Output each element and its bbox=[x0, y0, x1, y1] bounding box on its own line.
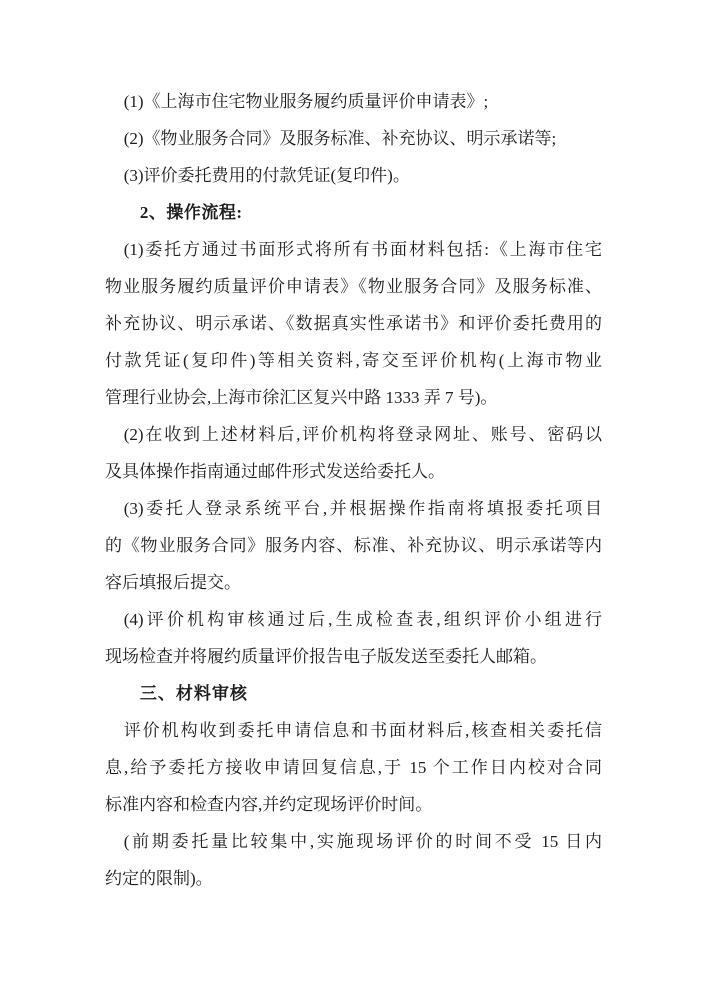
text-line: (前期委托量比较集中,实施现场评价的时间不受 15 日内 bbox=[105, 823, 602, 860]
text-line: 现场检查并将履约质量评价报告电子版发送至委托人邮箱。 bbox=[105, 638, 602, 675]
text-line: (3)委托人登录系统平台,并根据操作指南将填报委托项目 bbox=[105, 490, 602, 527]
text-line: 息,给予委托方接收申请回复信息,于 15 个工作日内校对合同 bbox=[105, 749, 602, 786]
text-line: 管理行业协会,上海市徐汇区复兴中路 1333 弄 7 号)。 bbox=[105, 379, 602, 416]
text-line: (4)评价机构审核通过后,生成检查表,组织评价小组进行 bbox=[105, 601, 602, 638]
heading-line: 2、操作流程: bbox=[105, 194, 602, 231]
text-line: 补充协议、明示承诺、《数据真实性承诺书》和评价委托费用的 bbox=[105, 305, 602, 342]
paragraph: (2)《物业服务合同》及服务标准、补充协议、明示承诺等; bbox=[105, 120, 602, 157]
paragraph: (3)评价委托费用的付款凭证(复印件)。 bbox=[105, 157, 602, 194]
text-line: (2)《物业服务合同》及服务标准、补充协议、明示承诺等; bbox=[105, 120, 602, 157]
document-page: (1)《上海市住宅物业服务履约质量评价申请表》;(2)《物业服务合同》及服务标准… bbox=[0, 0, 706, 1000]
paragraph: (前期委托量比较集中,实施现场评价的时间不受 15 日内约定的限制)。 bbox=[105, 823, 602, 897]
heading-line: 三、材料审核 bbox=[105, 675, 602, 712]
text-line: (1)委托方通过书面形式将所有书面材料包括:《上海市住宅 bbox=[105, 231, 602, 268]
text-line: 付款凭证(复印件)等相关资料,寄交至评价机构(上海市物业 bbox=[105, 342, 602, 379]
paragraph: (2)在收到上述材料后,评价机构将登录网址、账号、密码以及具体操作指南通过邮件形… bbox=[105, 416, 602, 490]
section-heading: 三、材料审核 bbox=[105, 675, 602, 712]
paragraph: (3)委托人登录系统平台,并根据操作指南将填报委托项目的《物业服务合同》服务内容… bbox=[105, 490, 602, 601]
paragraph: (1)《上海市住宅物业服务履约质量评价申请表》; bbox=[105, 83, 602, 120]
text-line: 容后填报后提交。 bbox=[105, 564, 602, 601]
text-line: 物业服务履约质量评价申请表》《物业服务合同》及服务标准、 bbox=[105, 268, 602, 305]
text-line: 及具体操作指南通过邮件形式发送给委托人。 bbox=[105, 453, 602, 490]
paragraph: 评价机构收到委托申请信息和书面材料后,核查相关委托信息,给予委托方接收申请回复信… bbox=[105, 712, 602, 823]
text-line: (2)在收到上述材料后,评价机构将登录网址、账号、密码以 bbox=[105, 416, 602, 453]
text-line: (1)《上海市住宅物业服务履约质量评价申请表》; bbox=[105, 83, 602, 120]
sub-heading: 2、操作流程: bbox=[105, 194, 602, 231]
text-line: 的《物业服务合同》服务内容、标准、补充协议、明示承诺等内 bbox=[105, 527, 602, 564]
text-line: (3)评价委托费用的付款凭证(复印件)。 bbox=[105, 157, 602, 194]
paragraph: (1)委托方通过书面形式将所有书面材料包括:《上海市住宅物业服务履约质量评价申请… bbox=[105, 231, 602, 416]
paragraph: (4)评价机构审核通过后,生成检查表,组织评价小组进行现场检查并将履约质量评价报… bbox=[105, 601, 602, 675]
text-line: 约定的限制)。 bbox=[105, 860, 602, 897]
text-line: 标准内容和检查内容,并约定现场评价时间。 bbox=[105, 786, 602, 823]
text-line: 评价机构收到委托申请信息和书面材料后,核查相关委托信 bbox=[105, 712, 602, 749]
document-content: (1)《上海市住宅物业服务履约质量评价申请表》;(2)《物业服务合同》及服务标准… bbox=[105, 83, 602, 897]
